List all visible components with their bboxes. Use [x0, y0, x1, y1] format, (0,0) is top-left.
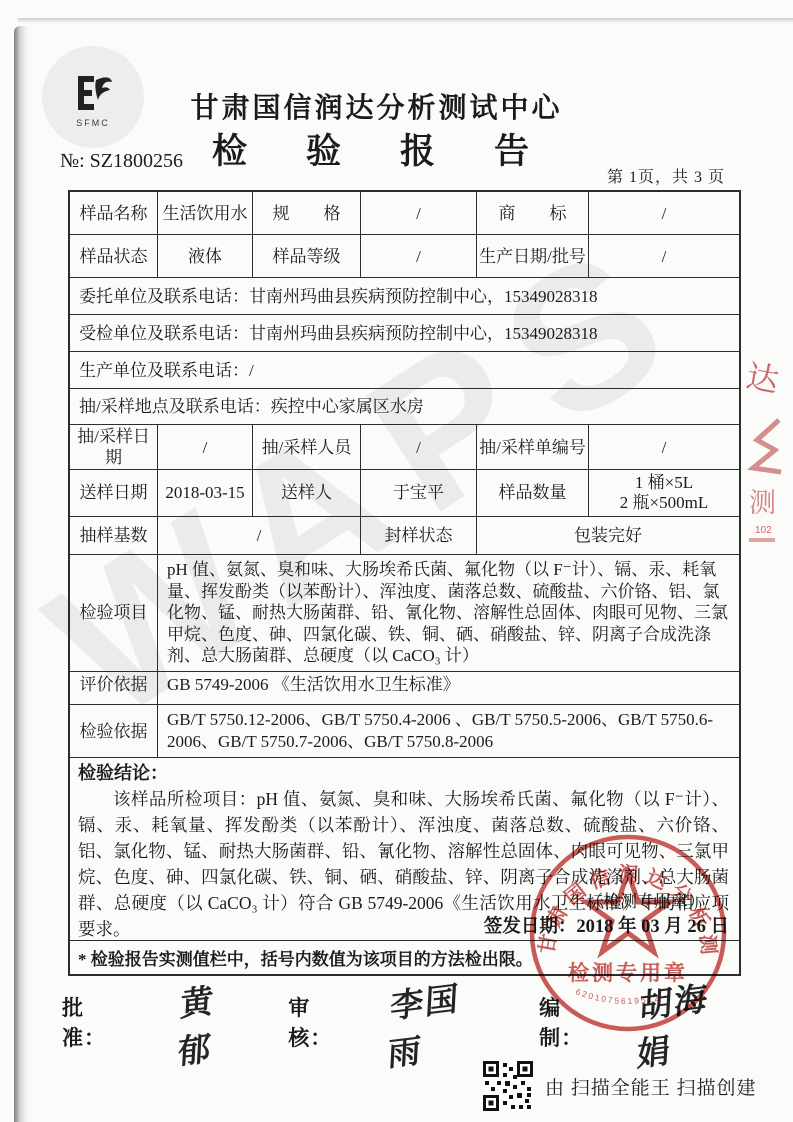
quantity-value: 1 桶×5L 2 瓶×500mL	[589, 469, 739, 517]
inspected-row: 受检单位及联系电话：甘南州玛曲县疾病预防控制中心，15349028318	[70, 315, 739, 352]
scan-edge-top	[18, 18, 793, 23]
table-row: 检验依据 GB/T 5750.12-2006、GB/T 5750.4-2006 …	[70, 705, 739, 757]
table-row: 样品状态 液体 样品等级 / 生产日期/批号 /	[70, 235, 739, 278]
eval-basis-value: GB 5749-2006 《生活饮用水卫生标准》	[158, 665, 739, 705]
table-row: 生产单位及联系电话：/	[70, 352, 739, 389]
conclusion-section: 检验结论： 该样品所检项目：pH 值、氨氮、臭和味、大肠埃希氏菌、氟化物（以 F…	[70, 757, 739, 941]
sampler-label: 抽/采样人员	[253, 425, 361, 470]
table-row: 送样日期 2018-03-15 送样人 于宝平 样品数量 1 桶×5L 2 瓶×…	[70, 469, 739, 517]
base-value: /	[158, 517, 361, 555]
report-number: №: SZ1800256	[60, 150, 183, 173]
table-row: 抽样基数 / 封样状态 包装完好	[70, 517, 739, 555]
table-row: 评价依据 GB 5749-2006 《生活饮用水卫生标准》	[70, 665, 739, 705]
sampler-value: /	[361, 425, 477, 470]
scanned-report-page: WAPS SFMC 甘肃国信润达分析测试中心 检 验 报 告 №: SZ1800…	[0, 0, 793, 1122]
seal-label: 封样状态	[361, 517, 477, 555]
sampling-date-value: /	[158, 425, 253, 470]
spec-value: /	[361, 192, 477, 235]
deliverer-value: 于宝平	[361, 469, 477, 517]
quantity-line1: 1 桶×5L	[635, 473, 693, 493]
brand-value: /	[589, 192, 739, 235]
sample-state-value: 液体	[158, 235, 253, 278]
quantity-line2: 2 瓶×500mL	[620, 493, 708, 513]
edge-stamp-star-fragment	[753, 420, 781, 472]
review-signature: 李国雨	[387, 968, 495, 1076]
table-row: 受检单位及联系电话：甘南州玛曲县疾病预防控制中心，15349028318	[70, 315, 739, 352]
test-basis-label: 检验依据	[70, 705, 158, 758]
sample-name-label: 样品名称	[70, 192, 158, 235]
sampling-no-value: /	[589, 425, 739, 470]
delivery-date-value: 2018-03-15	[158, 469, 253, 517]
scan-edge-shadow	[14, 26, 32, 1122]
table-row: 检验项目 pH 值、氨氮、臭和味、大肠埃希氏菌、氟化物（以 F⁻计）、镉、汞、耗…	[70, 555, 739, 665]
qr-code	[483, 1061, 533, 1111]
report-table: 样品名称 生活饮用水 规 格 / 商 标 / 样品状态 液体 样品等级 / 生产…	[68, 190, 741, 976]
producer-row: 生产单位及联系电话：/	[70, 352, 739, 389]
page-number-info: 第 1页，共 3 页	[607, 164, 725, 187]
sampling-site-row: 抽/采样地点及联系电话：疾控中心家属区水房	[70, 389, 739, 425]
sample-grade-label: 样品等级	[253, 235, 361, 278]
edge-stamp-char-bottom: 测	[749, 488, 776, 518]
approve-signature: 黄郁	[177, 970, 251, 1074]
sample-grade-value: /	[361, 235, 477, 278]
scan-app-caption: 由 扫描全能王 扫描创建	[545, 1073, 757, 1100]
client-row: 委托单位及联系电话：甘南州玛曲县疾病预防控制中心，15349028318	[70, 278, 739, 315]
seal-value: 包装完好	[477, 517, 739, 555]
table-row: 抽/采样日期 / 抽/采样人员 / 抽/采样单编号 /	[70, 425, 739, 469]
prod-date-value: /	[589, 235, 739, 278]
base-label: 抽样基数	[70, 517, 158, 555]
approval-line: 批准： 黄郁 审核： 李国雨 编制： 胡海娟	[62, 992, 742, 1052]
table-row: 样品名称 生活饮用水 规 格 / 商 标 /	[70, 192, 739, 235]
sample-name-value: 生活饮用水	[158, 192, 253, 235]
compile-label: 编制：	[539, 992, 604, 1052]
quantity-label: 样品数量	[477, 469, 589, 517]
prod-date-label: 生产日期/批号	[477, 235, 589, 278]
issue-date: 签发日期：2018 年 03 月 26 日	[484, 912, 729, 938]
deliverer-label: 送样人	[253, 469, 361, 517]
sample-state-label: 样品状态	[70, 235, 158, 278]
table-row: 委托单位及联系电话：甘南州玛曲县疾病预防控制中心，15349028318	[70, 278, 739, 315]
approve-label: 批准：	[62, 992, 127, 1052]
sampling-date-label: 抽/采样日期	[70, 425, 158, 470]
edge-partial-stamp: 达 测 102	[735, 300, 793, 550]
spec-label: 规 格	[253, 192, 361, 235]
footnote: * 检验报告实测值栏中，括号内数值为该项目的方法检出限。	[70, 941, 739, 974]
delivery-date-label: 送样日期	[70, 469, 158, 517]
conclusion-label: 检验结论：	[78, 761, 729, 786]
org-name: 甘肃国信润达分析测试中心	[0, 86, 753, 126]
items-label: 检验项目	[70, 555, 158, 672]
items-value: pH 值、氨氮、臭和味、大肠埃希氏菌、氟化物（以 F⁻计）、镉、汞、耗氧量、挥发…	[158, 555, 739, 672]
brand-label: 商 标	[477, 192, 589, 235]
compile-signature: 胡海娟	[636, 968, 744, 1076]
sampling-no-label: 抽/采样单编号	[477, 425, 589, 470]
eval-basis-label: 评价依据	[70, 665, 158, 705]
edge-stamp-digits: 102	[755, 525, 772, 536]
table-row: 抽/采样地点及联系电话：疾控中心家属区水房	[70, 389, 739, 425]
test-basis-value: GB/T 5750.12-2006、GB/T 5750.4-2006 、GB/T…	[158, 705, 739, 758]
edge-stamp-char-top: 达	[744, 358, 782, 399]
review-label: 审核：	[288, 992, 353, 1052]
stamp-note: （检测专用章）	[586, 887, 705, 912]
